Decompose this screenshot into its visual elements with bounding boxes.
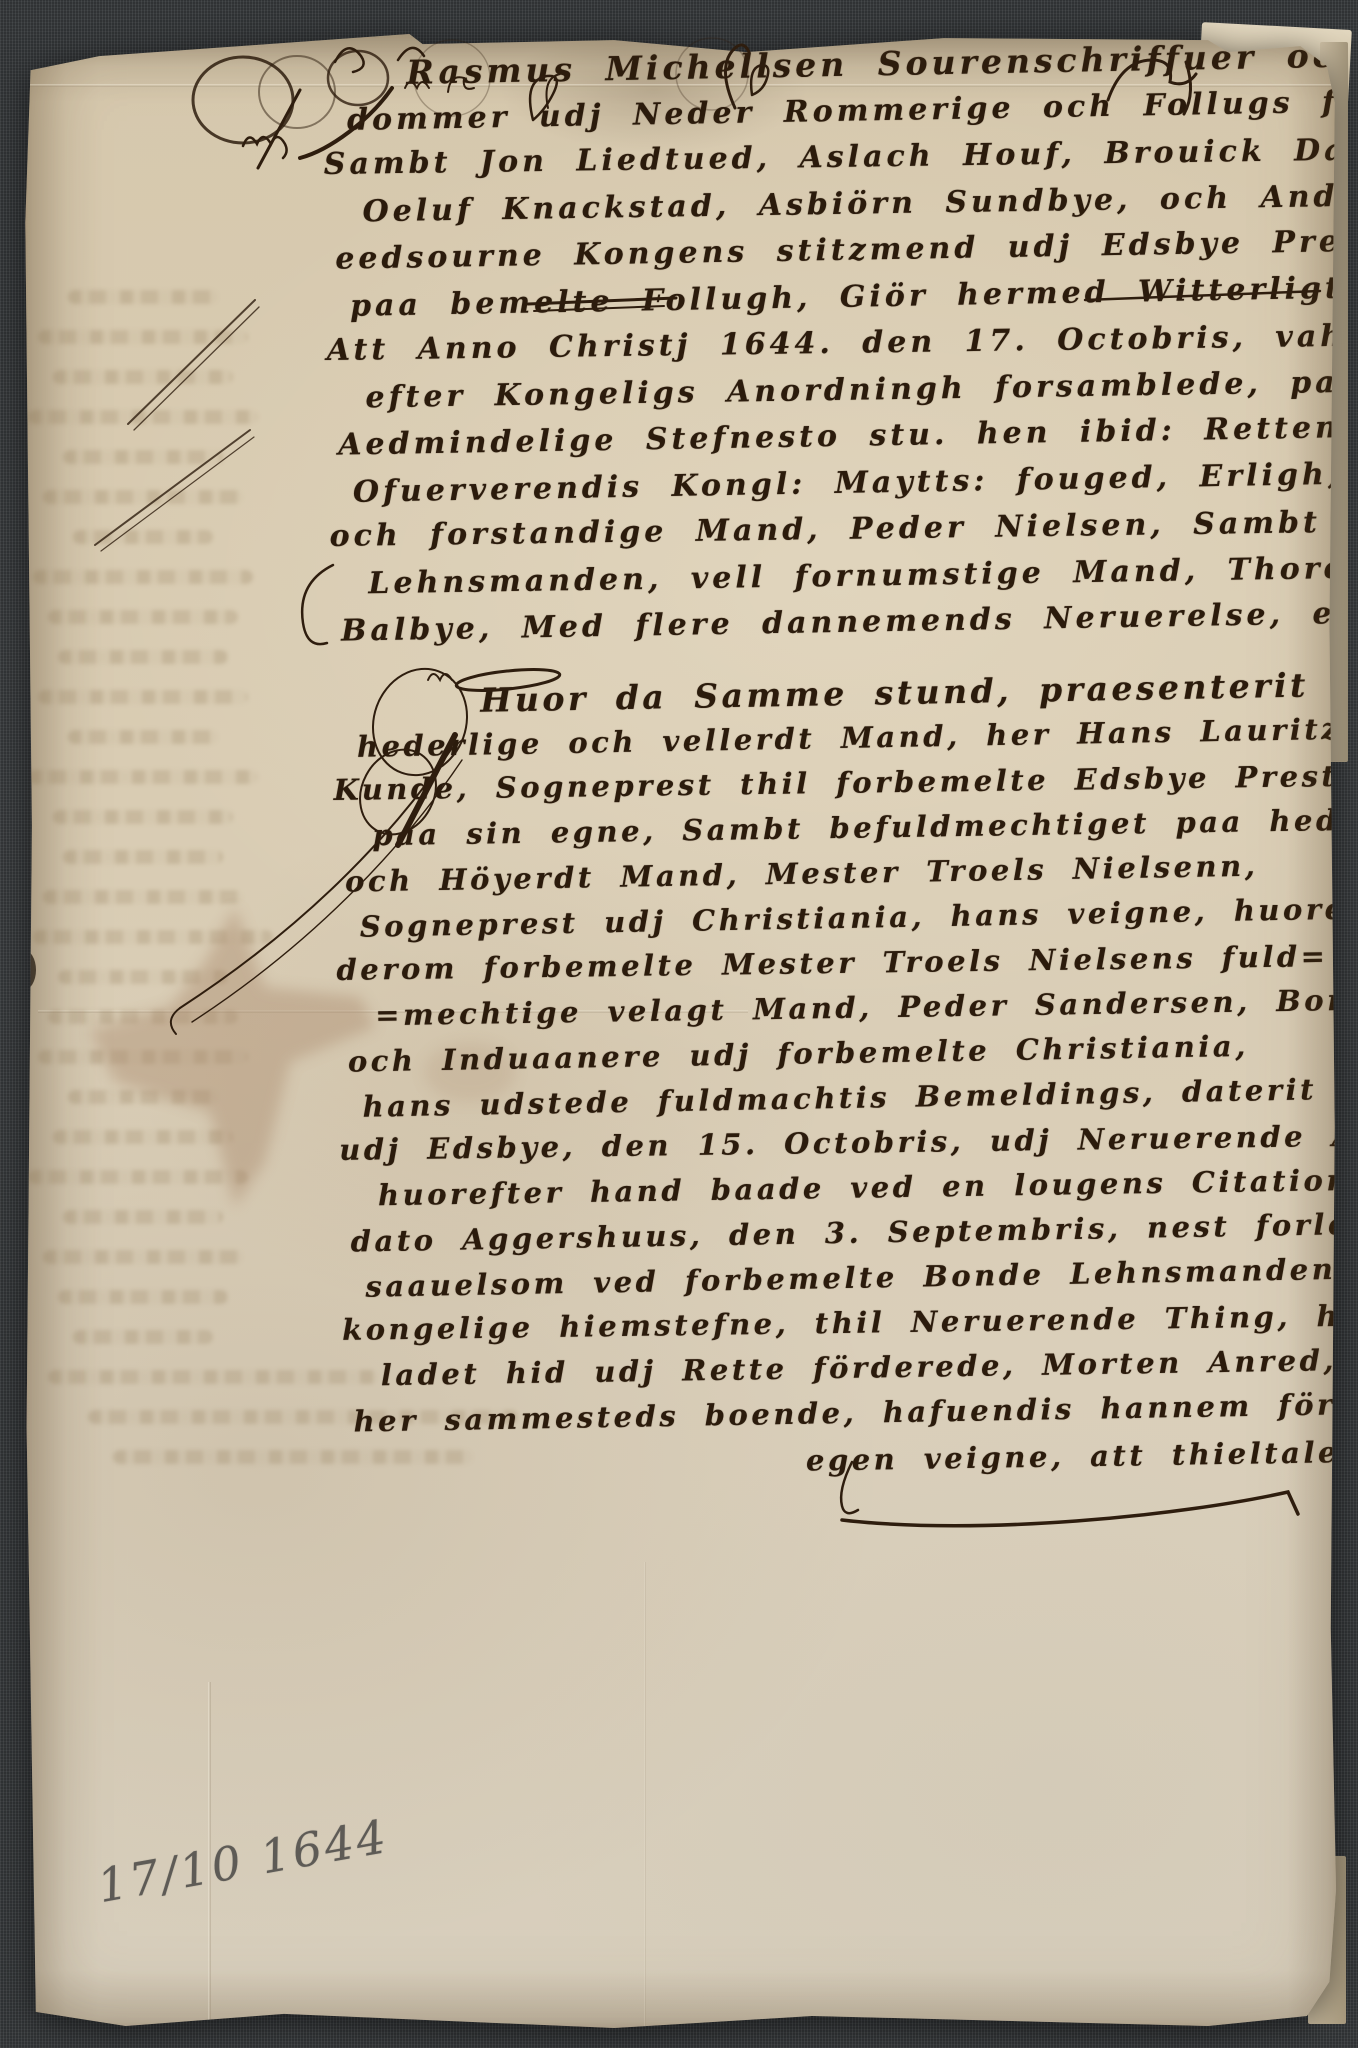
bleedthrough-line	[68, 730, 218, 744]
pencil-date-note: 17/10 1644	[94, 1809, 393, 1913]
bleedthrough-line	[68, 290, 218, 304]
bleedthrough-line	[33, 930, 273, 944]
fold-crease-vertical-center	[644, 1562, 646, 2028]
bleedthrough-line	[53, 370, 233, 384]
bleedthrough-line	[28, 1170, 248, 1184]
bleedthrough-line	[33, 570, 253, 584]
bleedthrough-line	[48, 1010, 238, 1024]
bleedthrough-line	[43, 890, 243, 904]
bleedthrough-line	[63, 450, 223, 464]
bleedthrough-line	[48, 610, 238, 624]
paragraph-1-lines: dommer udj Neder Rommerige och Follugs f…	[321, 80, 1358, 654]
manuscript-text-block: Rasmus Michellsen Sourenschriffuer och T…	[320, 34, 1358, 1491]
bleedthrough-line	[53, 810, 233, 824]
bleedthrough-line	[58, 650, 228, 664]
bleedthrough-line	[53, 1130, 233, 1144]
bleedthrough-line	[63, 1210, 223, 1224]
bleedthrough-line	[58, 1290, 228, 1304]
bleedthrough-line	[38, 1050, 248, 1064]
bleedthrough-line	[38, 690, 248, 704]
bleedthrough-line	[43, 1250, 243, 1264]
paper-sheet: Rasmus Michellsen Sourenschriffuer och T…	[20, 22, 1340, 2030]
bleedthrough-line	[68, 1090, 218, 1104]
star-stain	[90, 907, 375, 1207]
scanned-manuscript-view: Rasmus Michellsen Sourenschriffuer och T…	[0, 0, 1358, 2048]
bleedthrough-line	[58, 970, 228, 984]
bleedthrough-line	[28, 410, 258, 424]
edge-ink-mark	[16, 950, 36, 990]
bleedthrough-line	[48, 1370, 378, 1384]
bleedthrough-line	[38, 330, 248, 344]
bleedthrough-line	[73, 530, 213, 544]
bleedthrough-line	[43, 490, 243, 504]
paragraph-1: Rasmus Michellsen Sourenschriffuer och T…	[320, 34, 1358, 655]
bleedthrough-line	[73, 1330, 213, 1344]
paragraph-2-lines: hederlige och vellerdt Mand, her Hans La…	[331, 707, 1358, 1443]
bleedthrough-line	[63, 850, 223, 864]
bleedthrough-line	[28, 770, 258, 784]
paragraph-2: Huor da Samme stund, praesenterit for os…	[330, 662, 1358, 1490]
